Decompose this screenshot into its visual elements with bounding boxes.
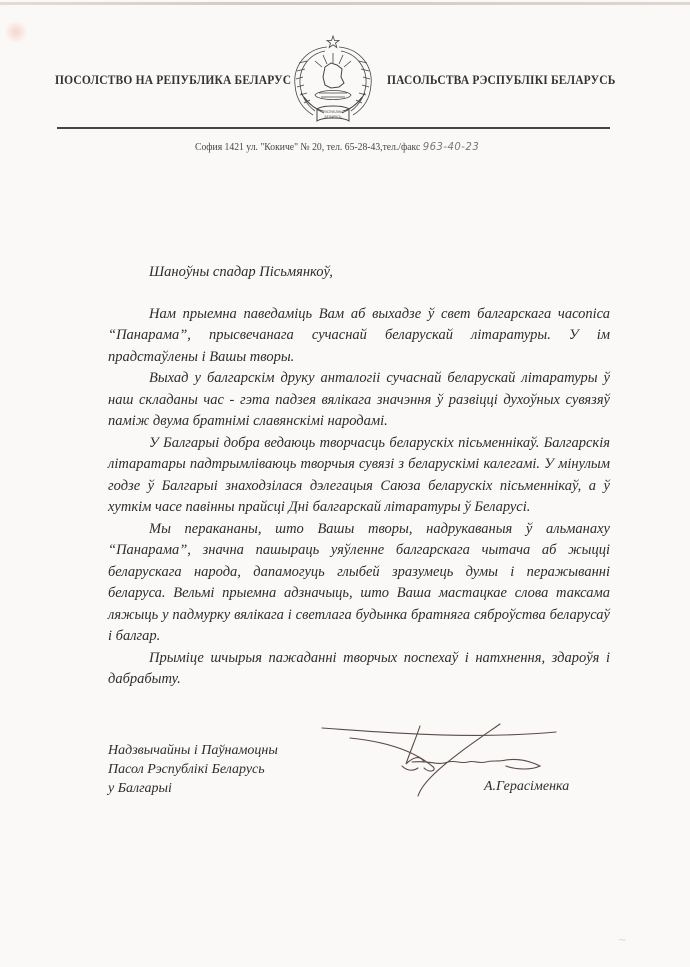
letterhead-address: София 1421 ул. "Кокиче" № 20, тел. 65-28… — [195, 140, 479, 153]
signatory-title: Надзвычайны і Паўнамоцны Пасол Рэспублік… — [108, 741, 278, 798]
paper-top-edge — [0, 2, 690, 5]
paper-stain — [4, 20, 28, 44]
paragraph: Мы перакананы, што Вашы творы, надрукава… — [108, 519, 610, 648]
paragraph: У Балгарыі добра ведаюць творчасць белар… — [108, 433, 610, 519]
signatory-title-line: у Балгарыі — [108, 779, 278, 798]
fax-number-handwritten: 963-40-23 — [423, 140, 480, 153]
paragraph: Прыміце шчырыя пажаданні творчых поспеха… — [108, 648, 610, 691]
letter-body: Шаноўны спадар Пісьмянкоў, Нам прыемна п… — [108, 262, 610, 691]
letterhead-org-bulgarian: ПОСОЛСТВО НА РЕПУБЛИКА БЕЛАРУС — [55, 73, 291, 88]
address-printed: София 1421 ул. "Кокиче" № 20, тел. 65-28… — [195, 142, 420, 153]
letterhead-org-belarusian: ПАСОЛЬСТВА РЭСПУБЛІКІ БЕЛАРУСЬ — [387, 73, 616, 88]
belarus-emblem-icon: РЭСПУБЛІКА БЕЛАРУСЬ — [287, 33, 379, 128]
paragraph: Нам прыемна паведаміць Вам аб выхадзе ў … — [108, 304, 610, 369]
svg-text:РЭСПУБЛІКА: РЭСПУБЛІКА — [323, 110, 344, 114]
paragraph: Выхад у балгарскім друку анталогіі сучас… — [108, 368, 610, 433]
letterhead-divider — [57, 127, 610, 129]
signatory-title-line: Надзвычайны і Паўнамоцны — [108, 741, 278, 760]
signatory-name: А.Герасіменка — [484, 779, 569, 795]
signatory-title-line: Пасол Рэспублікі Беларусь — [108, 760, 278, 779]
faint-pencil-mark: ~ — [618, 935, 626, 946]
svg-text:БЕЛАРУСЬ: БЕЛАРУСЬ — [324, 115, 341, 119]
salutation: Шаноўны спадар Пісьмянкоў, — [149, 262, 610, 284]
